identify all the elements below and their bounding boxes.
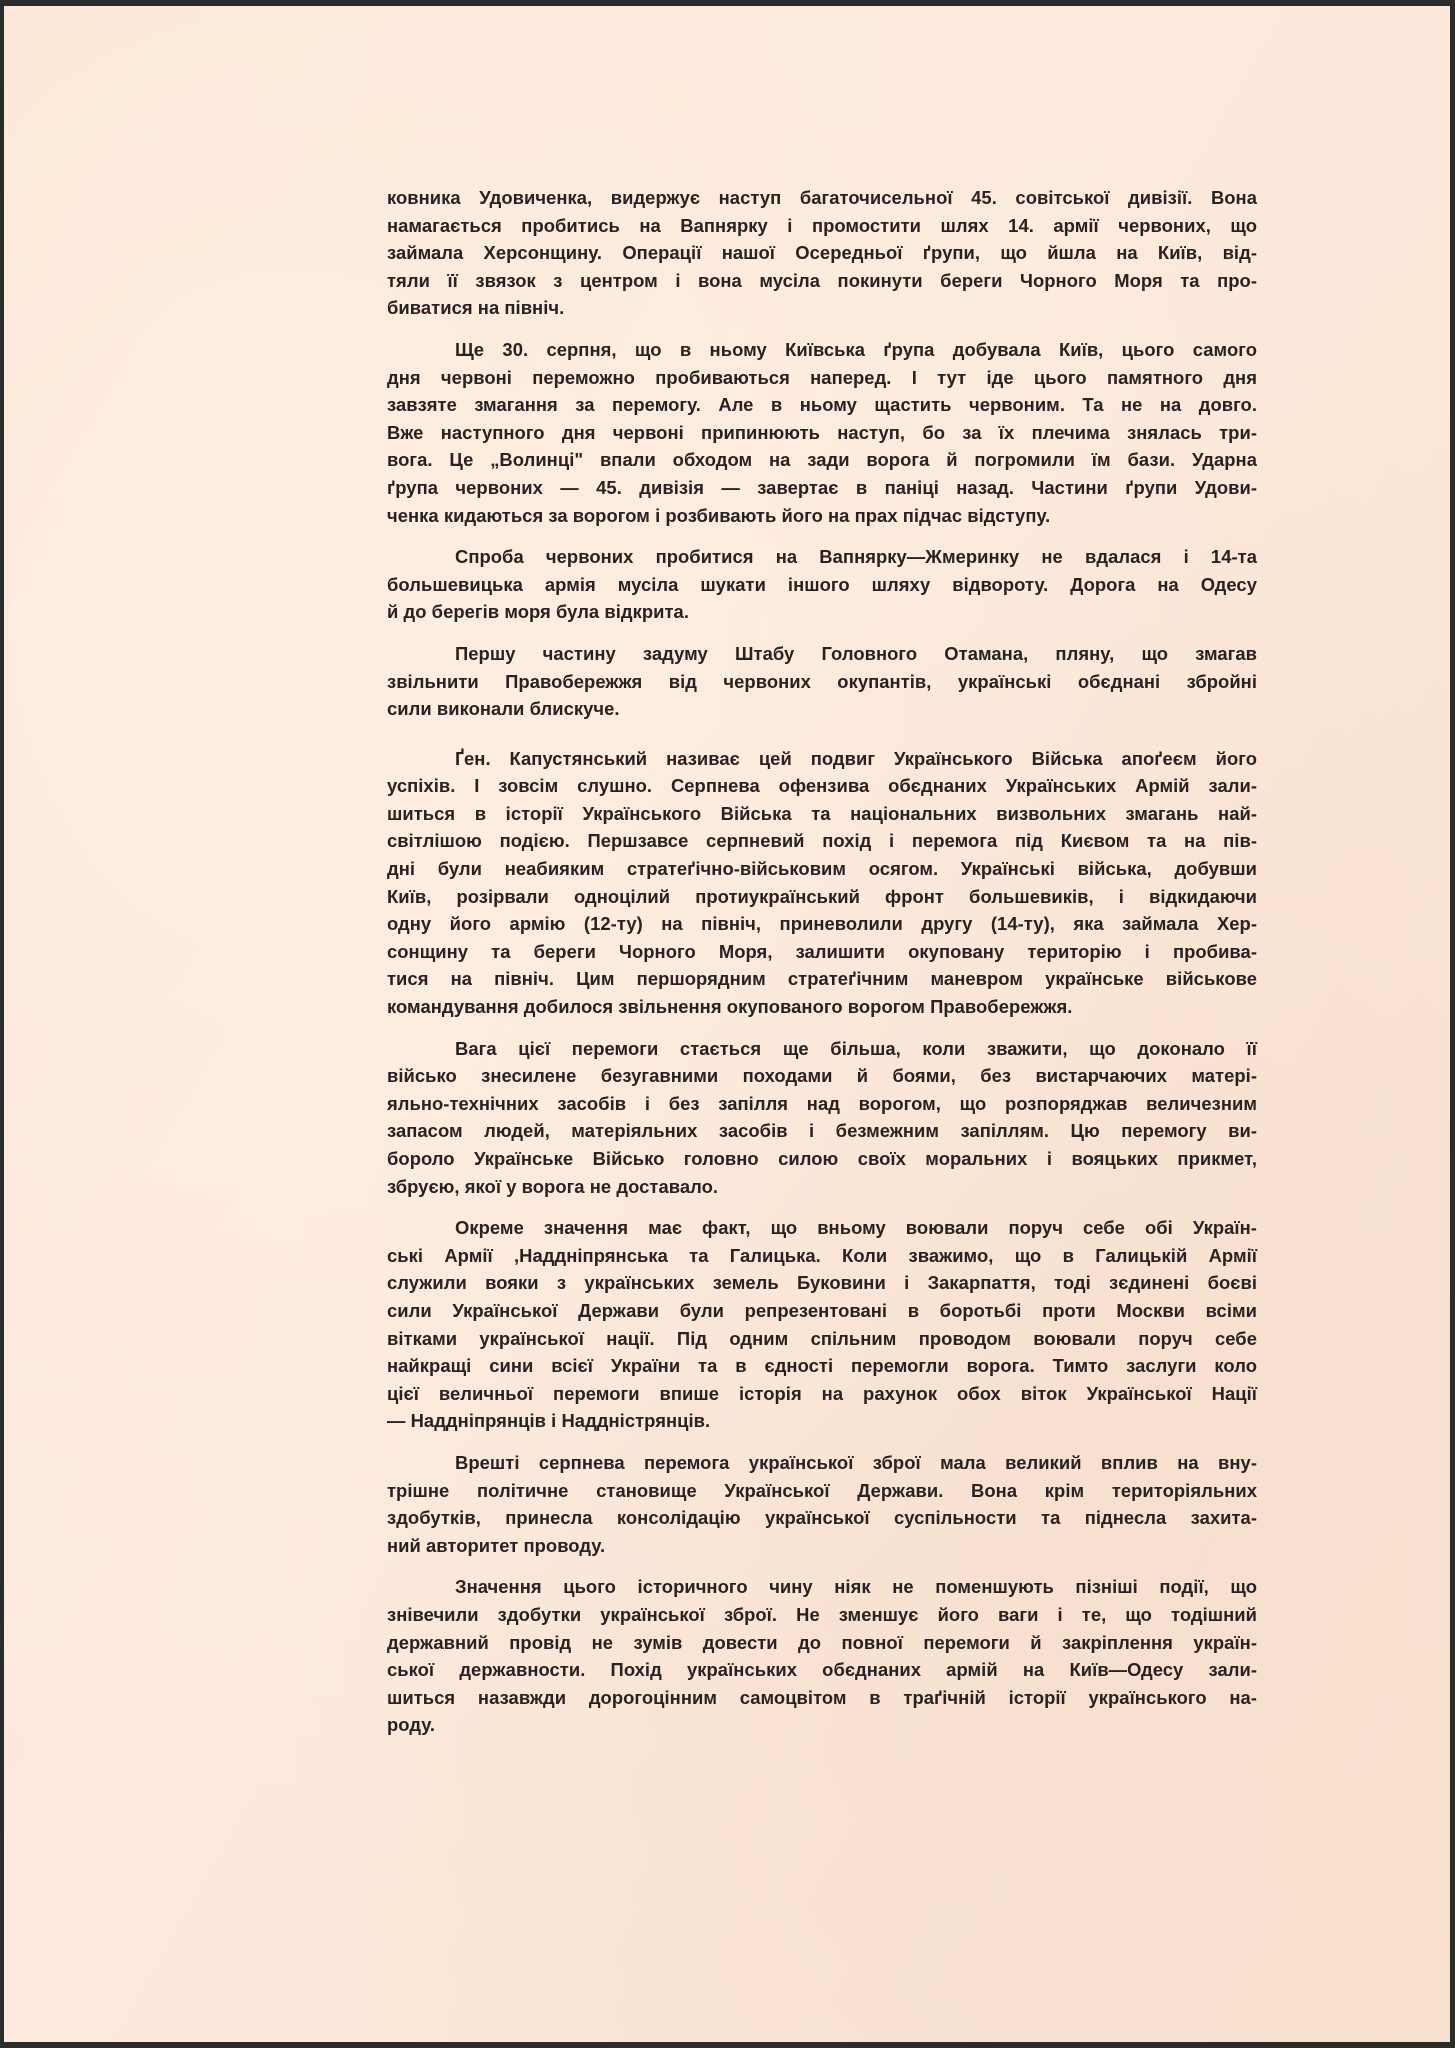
- text-line: ченка кидаються за ворогом і розбивають …: [387, 502, 1257, 530]
- text-line: вітками української нації. Під одним спі…: [387, 1325, 1257, 1353]
- text-line: Ще 30. серпня, що в ньому Київська ґрупа…: [387, 336, 1257, 364]
- text-line: сонщину та береги Чорного Моря, залишити…: [387, 938, 1257, 966]
- text-line: успіхів. І зовсім слушно. Серпнева офенз…: [387, 772, 1257, 800]
- text-line: командування добилося звільнення окупова…: [387, 993, 1257, 1021]
- text-line: Спроба червоних пробитися на Вапнярку—Жм…: [387, 543, 1257, 571]
- document-body: ковника Удовиченка, видержує наступ бага…: [387, 184, 1257, 1753]
- text-line: світлішою подією. Першзавсе серпневий по…: [387, 827, 1257, 855]
- text-line: здобутків, принесла консолідацію українс…: [387, 1504, 1257, 1532]
- text-line: найкращі сини всієї України та в єдності…: [387, 1352, 1257, 1380]
- text-line: вога. Це „Волинці" впали обходом на зади…: [387, 446, 1257, 474]
- text-line: військо знесилене безугавними походами й…: [387, 1062, 1257, 1090]
- text-line: ний авторитет проводу.: [387, 1532, 1257, 1560]
- text-line: завзяте змагання за перемогу. Але в ньом…: [387, 391, 1257, 419]
- text-line: Першу частину задуму Штабу Головного Ота…: [387, 640, 1257, 668]
- text-line: служили вояки з українських земель Буков…: [387, 1269, 1257, 1297]
- text-line: дня червоні переможно пробиваються напер…: [387, 364, 1257, 392]
- text-line: займала Херсонщину. Операції нашої Осере…: [387, 239, 1257, 267]
- text-line: ської державности. Похід українських обє…: [387, 1656, 1257, 1684]
- text-line: збруєю, якої у ворога не доставало.: [387, 1173, 1257, 1201]
- text-line: Київ, розірвали одноцілий протиукраїнськ…: [387, 883, 1257, 911]
- text-line: запасом людей, матеріяльних засобів і бе…: [387, 1117, 1257, 1145]
- text-line: шиться назавжди дорогоцінним самоцвітом …: [387, 1684, 1257, 1712]
- text-line: Окреме значення має факт, що вньому воюв…: [387, 1214, 1257, 1242]
- paragraph-8: Врешті серпнева перемога української збр…: [387, 1449, 1257, 1559]
- text-line: й до берегів моря була відкрита.: [387, 598, 1257, 626]
- text-line: намагається пробитись на Вапнярку і пром…: [387, 212, 1257, 240]
- text-line: шиться в історії Українського Війська та…: [387, 800, 1257, 828]
- paragraph-7: Окреме значення має факт, що вньому воюв…: [387, 1214, 1257, 1435]
- text-line: трішне політичне становище Української Д…: [387, 1477, 1257, 1505]
- paragraph-4: Першу частину задуму Штабу Головного Ота…: [387, 640, 1257, 723]
- text-line: звільнити Правобережжя від червоних окуп…: [387, 668, 1257, 696]
- paragraph-5: Ґен. Капустянський називає цей подвиг Ук…: [387, 745, 1257, 1021]
- document-page: ковника Удовиченка, видержує наступ бага…: [4, 6, 1450, 2042]
- text-line: сили Української Держави були репрезенто…: [387, 1297, 1257, 1325]
- paragraph-3: Спроба червоних пробитися на Вапнярку—Жм…: [387, 543, 1257, 626]
- paragraph-1: ковника Удовиченка, видержує наступ бага…: [387, 184, 1257, 322]
- text-line: Ґен. Капустянський називає цей подвиг Ук…: [387, 745, 1257, 773]
- text-line: цієї величньої перемоги впише історія на…: [387, 1380, 1257, 1408]
- text-line: знівечили здобутки української зброї. Не…: [387, 1601, 1257, 1629]
- text-line: дні були неабияким стратеґічно-військови…: [387, 855, 1257, 883]
- text-line: бороло Українське Військо головно силою …: [387, 1145, 1257, 1173]
- text-line: тяли її звязок з центром і вона мусіла п…: [387, 267, 1257, 295]
- text-line: яльно-технічних засобів і без запілля на…: [387, 1090, 1257, 1118]
- text-line: Вже наступного дня червоні припинюють на…: [387, 419, 1257, 447]
- text-line: Значення цього історичного чину ніяк не …: [387, 1573, 1257, 1601]
- text-line: ські Армії ,Наддніпрянська та Галицька. …: [387, 1242, 1257, 1270]
- text-line: — Наддніпрянців і Наддністрянців.: [387, 1407, 1257, 1435]
- text-line: ковника Удовиченка, видержує наступ бага…: [387, 184, 1257, 212]
- paragraph-9: Значення цього історичного чину ніяк не …: [387, 1573, 1257, 1739]
- text-line: сили виконали блискуче.: [387, 695, 1257, 723]
- text-line: роду.: [387, 1711, 1257, 1739]
- paragraph-2: Ще 30. серпня, що в ньому Київська ґрупа…: [387, 336, 1257, 529]
- text-line: ґрупа червоних — 45. дивізія — завертає …: [387, 474, 1257, 502]
- text-line: одну його армію (12-ту) на північ, прине…: [387, 910, 1257, 938]
- text-line: тися на північ. Цим першорядним стратеґі…: [387, 965, 1257, 993]
- text-line: биватися на північ.: [387, 294, 1257, 322]
- text-line: державний провід не зумів довести до пов…: [387, 1629, 1257, 1657]
- paragraph-6: Вага цієї перемоги стається ще більша, к…: [387, 1035, 1257, 1201]
- text-line: большевицька армія мусіла шукати іншого …: [387, 571, 1257, 599]
- text-line: Врешті серпнева перемога української збр…: [387, 1449, 1257, 1477]
- text-line: Вага цієї перемоги стається ще більша, к…: [387, 1035, 1257, 1063]
